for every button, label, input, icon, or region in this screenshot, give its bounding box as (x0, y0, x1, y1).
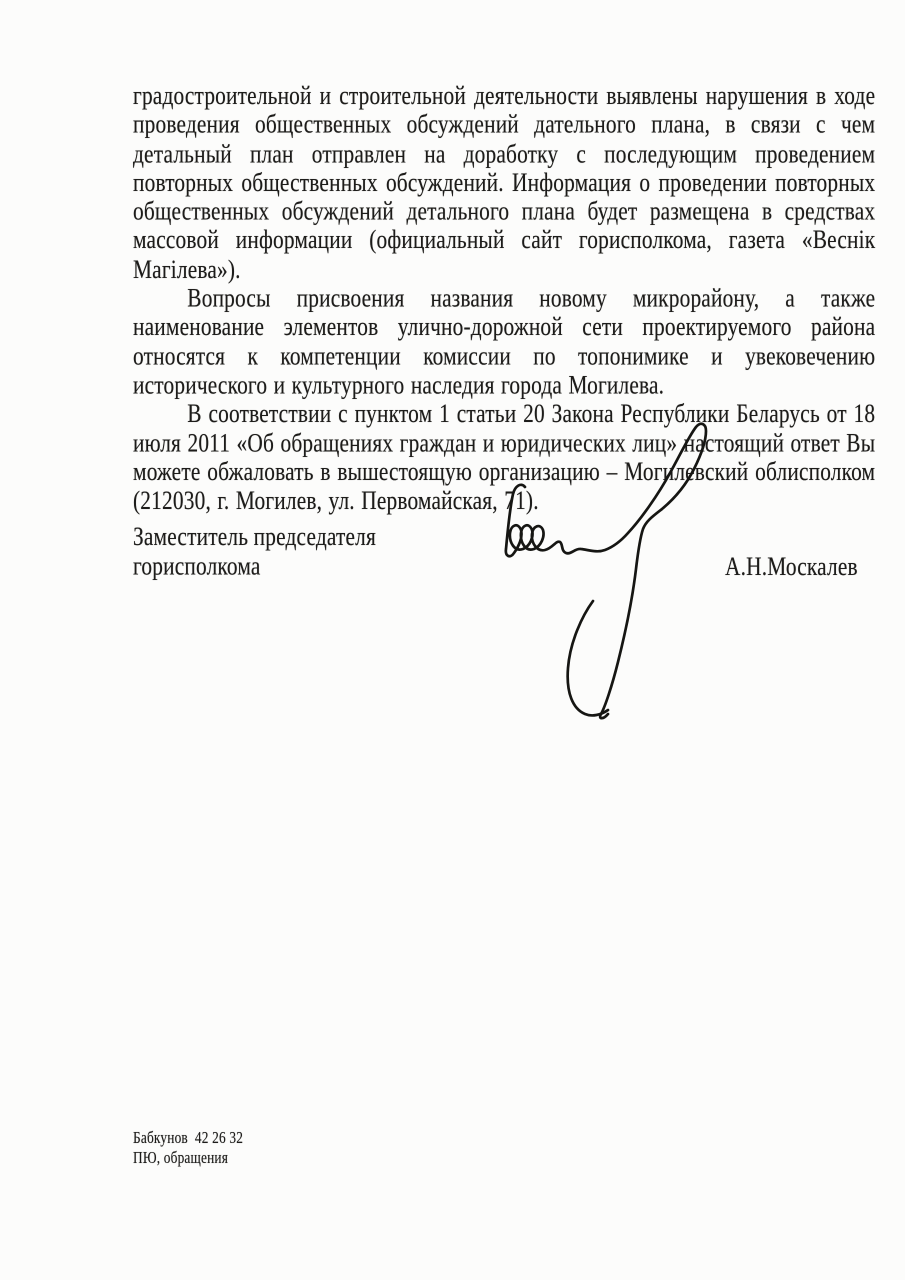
footer-note-line: ПЮ, обращения (133, 1149, 243, 1168)
signature-main-stroke (506, 424, 706, 718)
handwritten-signature-icon (0, 0, 905, 1280)
footer-executor-block: Бабкунов 42 26 32 ПЮ, обращения (133, 1130, 243, 1169)
scanned-letter-page: градостроительной и строительной деятель… (0, 0, 905, 1280)
footer-executor-line: Бабкунов 42 26 32 (133, 1130, 243, 1149)
signature-tail-stroke (568, 601, 608, 715)
